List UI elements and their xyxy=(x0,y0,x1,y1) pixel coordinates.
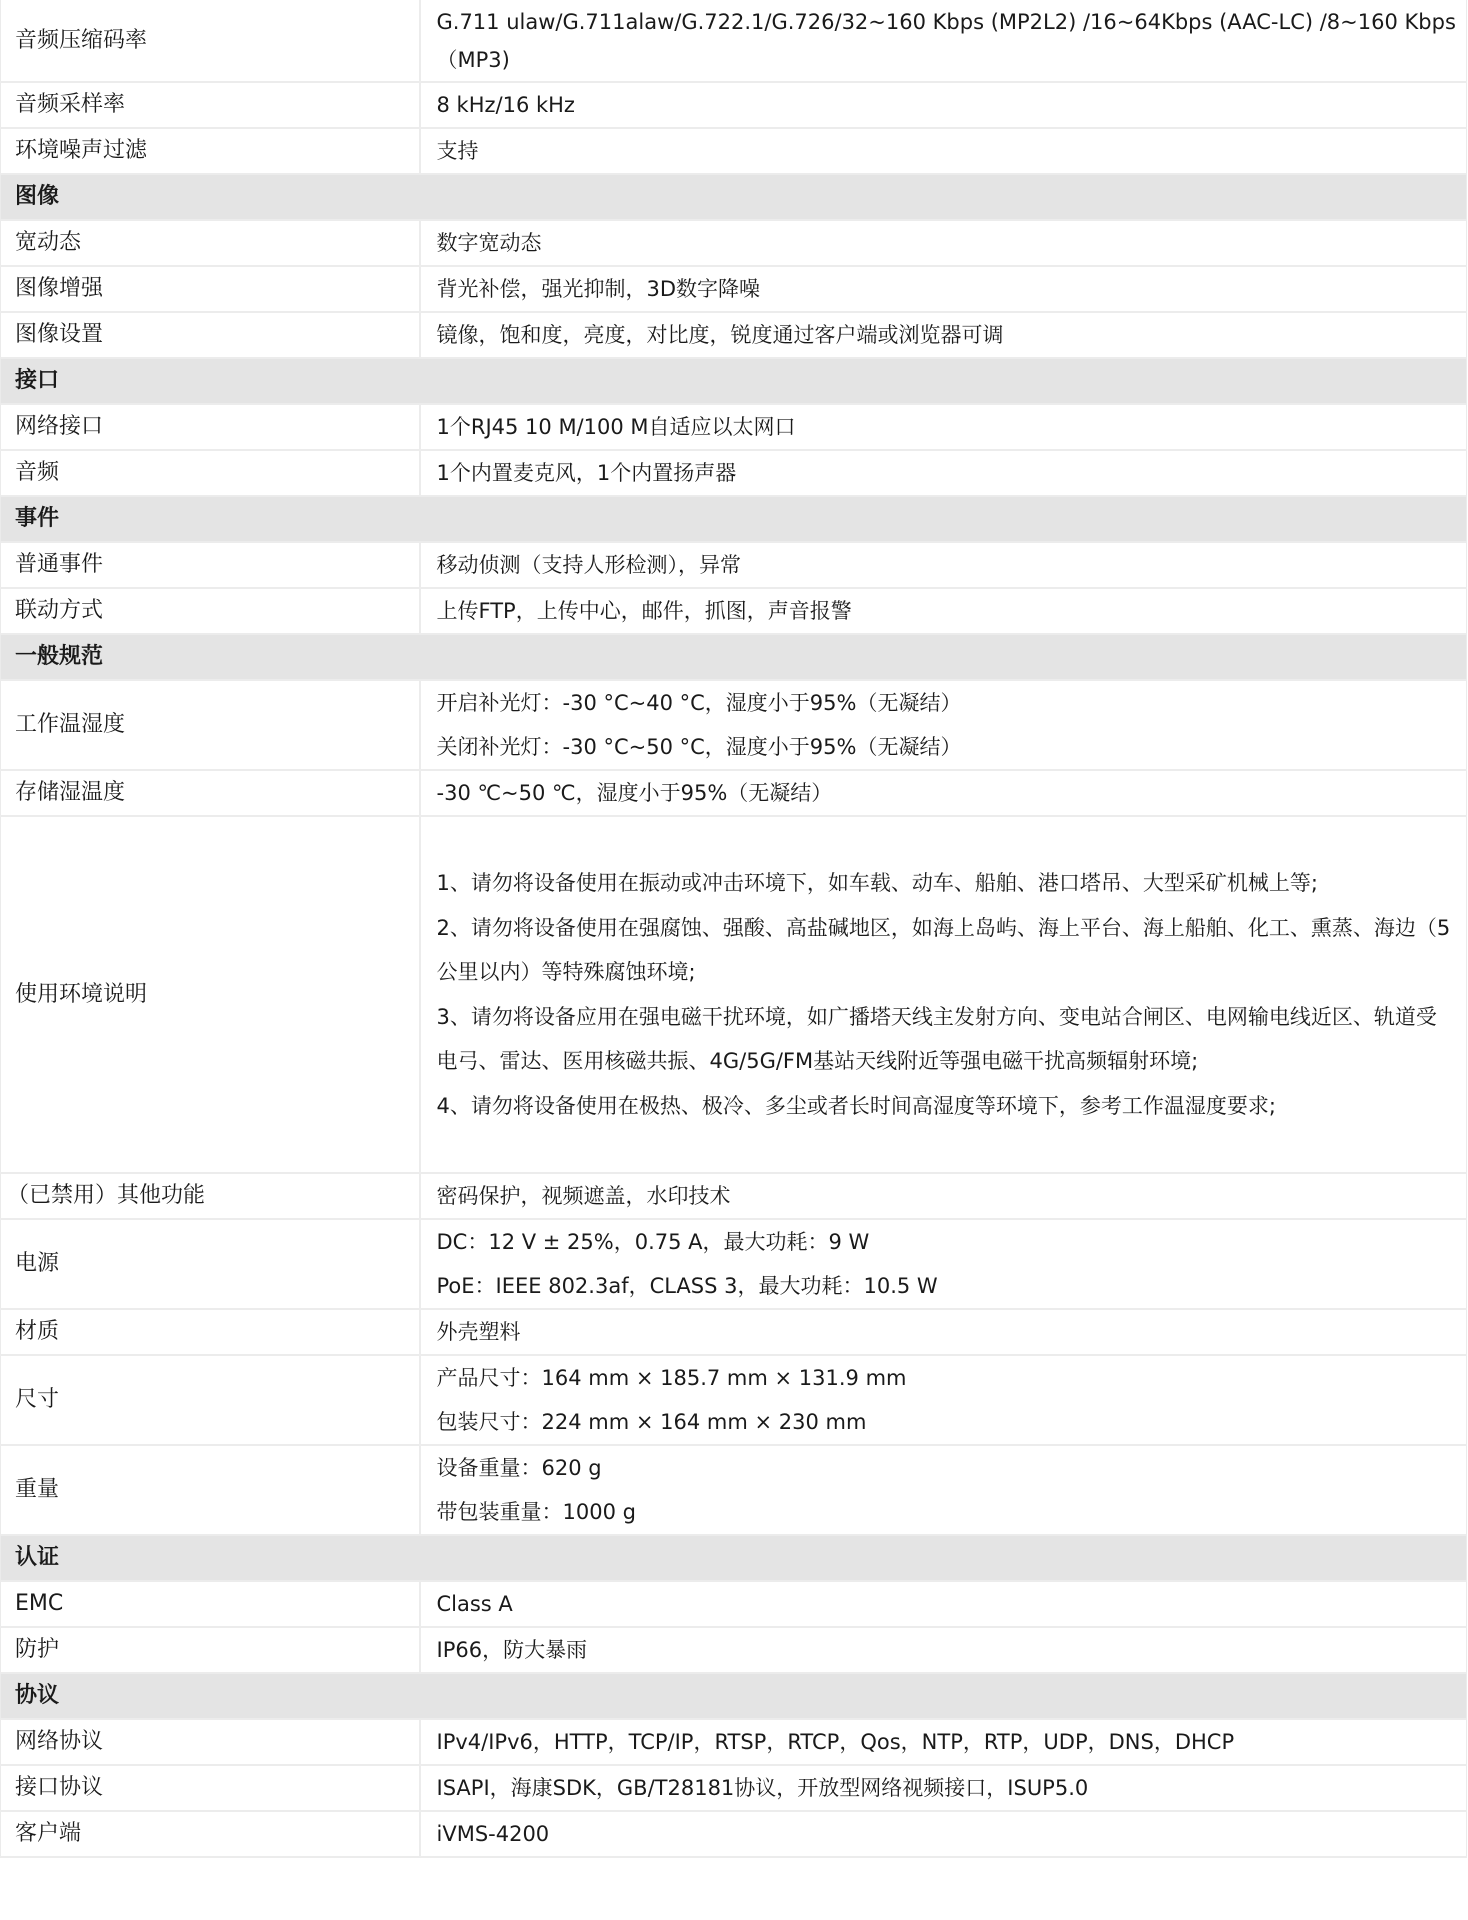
spec-label: 电源 xyxy=(1,1219,420,1309)
spec-label: 材质 xyxy=(1,1309,420,1355)
spec-value: 设备重量：620 g 带包装重量：1000 g xyxy=(420,1445,1467,1535)
usage-note-1: 1、请勿将设备使用在振动或冲击环境下，如车载、动车、船舶、港口塔吊、大型采矿机械… xyxy=(437,861,1457,906)
spec-value: IP66，防大暴雨 xyxy=(420,1627,1467,1673)
table-row: 网络协议 IPv4/IPv6，HTTP，TCP/IP，RTSP，RTCP，Qos… xyxy=(1,1719,1467,1765)
table-row: 接口协议 ISAPI，海康SDK，GB/T28181协议，开放型网络视频接口，I… xyxy=(1,1765,1467,1811)
table-row: 普通事件 移动侦测（支持人形检测），异常 xyxy=(1,542,1467,588)
spec-value-text: G.711 ulaw/G.711alaw/G.722.1/G.726/32~16… xyxy=(437,3,1457,79)
spec-value-line: 设备重量：620 g xyxy=(437,1446,1457,1490)
usage-note-4: 4、请勿将设备使用在极热、极冷、多尘或者长时间高湿度等环境下，参考工作温湿度要求… xyxy=(437,1084,1457,1129)
usage-note-3: 3、请勿将设备应用在强电磁干扰环境，如广播塔天线主发射方向、变电站合闸区、电网输… xyxy=(437,995,1457,1084)
spec-label: 宽动态 xyxy=(1,220,420,266)
table-row: 环境噪声过滤 支持 xyxy=(1,128,1467,174)
table-row: 材质 外壳塑料 xyxy=(1,1309,1467,1355)
section-title: 图像 xyxy=(1,174,1467,220)
spec-value-line: 关闭补光灯：-30 °C~50 °C，湿度小于95%（无凝结） xyxy=(437,725,1457,769)
spec-value-line: PoE：IEEE 802.3af，CLASS 3，最大功耗：10.5 W xyxy=(437,1264,1457,1308)
spec-value: iVMS-4200 xyxy=(420,1811,1467,1857)
spec-table: 音频压缩码率 G.711 ulaw/G.711alaw/G.722.1/G.72… xyxy=(0,0,1467,1858)
section-header-image: 图像 xyxy=(1,174,1467,220)
section-header-general: 一般规范 xyxy=(1,634,1467,680)
table-row: EMC Class A xyxy=(1,1581,1467,1627)
section-header-event: 事件 xyxy=(1,496,1467,542)
spec-value: 镜像，饱和度，亮度，对比度，锐度通过客户端或浏览器可调 xyxy=(420,312,1467,358)
spec-value-line: 开启补光灯：-30 °C~40 °C，湿度小于95%（无凝结） xyxy=(437,681,1457,725)
spec-value: Class A xyxy=(420,1581,1467,1627)
spec-label: 音频压缩码率 xyxy=(1,0,420,82)
section-title: 一般规范 xyxy=(1,634,1467,680)
spec-value: 1个RJ45 10 M/100 M自适应以太网口 xyxy=(420,404,1467,450)
spec-label: EMC xyxy=(1,1581,420,1627)
spec-label: 联动方式 xyxy=(1,588,420,634)
spec-value: 数字宽动态 xyxy=(420,220,1467,266)
spec-label: 网络协议 xyxy=(1,1719,420,1765)
table-row: 音频压缩码率 G.711 ulaw/G.711alaw/G.722.1/G.72… xyxy=(1,0,1467,82)
table-row: 存储湿温度 -30 ℃~50 ℃，湿度小于95%（无凝结） xyxy=(1,770,1467,816)
spec-label: 存储湿温度 xyxy=(1,770,420,816)
spec-value: -30 ℃~50 ℃，湿度小于95%（无凝结） xyxy=(420,770,1467,816)
spec-label: 接口协议 xyxy=(1,1765,420,1811)
spec-value: 支持 xyxy=(420,128,1467,174)
spec-label: 普通事件 xyxy=(1,542,420,588)
spec-value: DC：12 V ± 25%，0.75 A，最大功耗：9 W PoE：IEEE 8… xyxy=(420,1219,1467,1309)
table-row: （已禁用）其他功能 密码保护，视频遮盖，水印技术 xyxy=(1,1173,1467,1219)
spec-value: ISAPI，海康SDK，GB/T28181协议，开放型网络视频接口，ISUP5.… xyxy=(420,1765,1467,1811)
spec-value: G.711 ulaw/G.711alaw/G.722.1/G.726/32~16… xyxy=(420,0,1467,82)
spec-label: 网络接口 xyxy=(1,404,420,450)
section-header-protocol: 协议 xyxy=(1,1673,1467,1719)
spec-label: 客户端 xyxy=(1,1811,420,1857)
section-title: 事件 xyxy=(1,496,1467,542)
spec-label: （已禁用）其他功能 xyxy=(1,1173,420,1219)
spec-value: 8 kHz/16 kHz xyxy=(420,82,1467,128)
spec-value: 1个内置麦克风，1个内置扬声器 xyxy=(420,450,1467,496)
table-row: 音频 1个内置麦克风，1个内置扬声器 xyxy=(1,450,1467,496)
spec-value: 开启补光灯：-30 °C~40 °C，湿度小于95%（无凝结） 关闭补光灯：-3… xyxy=(420,680,1467,770)
spec-label: 工作温湿度 xyxy=(1,680,420,770)
section-header-certification: 认证 xyxy=(1,1535,1467,1581)
spec-label: 防护 xyxy=(1,1627,420,1673)
spec-label: 尺寸 xyxy=(1,1355,420,1445)
spec-value: 密码保护，视频遮盖，水印技术 xyxy=(420,1173,1467,1219)
spec-value-line: 包装尺寸：224 mm × 164 mm × 230 mm xyxy=(437,1400,1457,1444)
spec-label: 使用环境说明 xyxy=(1,816,420,1173)
spec-label: 音频采样率 xyxy=(1,82,420,128)
spec-value: 1、请勿将设备使用在振动或冲击环境下，如车载、动车、船舶、港口塔吊、大型采矿机械… xyxy=(420,816,1467,1173)
spec-value-line: 带包装重量：1000 g xyxy=(437,1490,1457,1534)
section-header-interface: 接口 xyxy=(1,358,1467,404)
table-row: 音频采样率 8 kHz/16 kHz xyxy=(1,82,1467,128)
spec-value-line: 产品尺寸：164 mm × 185.7 mm × 131.9 mm xyxy=(437,1356,1457,1400)
table-row: 网络接口 1个RJ45 10 M/100 M自适应以太网口 xyxy=(1,404,1467,450)
spec-value: 外壳塑料 xyxy=(420,1309,1467,1355)
spec-value-line: DC：12 V ± 25%，0.75 A，最大功耗：9 W xyxy=(437,1220,1457,1264)
table-row: 尺寸 产品尺寸：164 mm × 185.7 mm × 131.9 mm 包装尺… xyxy=(1,1355,1467,1445)
spec-value: IPv4/IPv6，HTTP，TCP/IP，RTSP，RTCP，Qos，NTP，… xyxy=(420,1719,1467,1765)
spec-value: 背光补偿，强光抑制，3D数字降噪 xyxy=(420,266,1467,312)
table-row: 防护 IP66，防大暴雨 xyxy=(1,1627,1467,1673)
table-row: 联动方式 上传FTP，上传中心，邮件，抓图，声音报警 xyxy=(1,588,1467,634)
table-row: 图像设置 镜像，饱和度，亮度，对比度，锐度通过客户端或浏览器可调 xyxy=(1,312,1467,358)
spec-label: 环境噪声过滤 xyxy=(1,128,420,174)
table-row: 图像增强 背光补偿，强光抑制，3D数字降噪 xyxy=(1,266,1467,312)
table-row: 使用环境说明 1、请勿将设备使用在振动或冲击环境下，如车载、动车、船舶、港口塔吊… xyxy=(1,816,1467,1173)
section-title: 协议 xyxy=(1,1673,1467,1719)
spec-label: 音频 xyxy=(1,450,420,496)
usage-note-2: 2、请勿将设备使用在强腐蚀、强酸、高盐碱地区，如海上岛屿、海上平台、海上船舶、化… xyxy=(437,906,1457,995)
spec-value: 上传FTP，上传中心，邮件，抓图，声音报警 xyxy=(420,588,1467,634)
table-row: 宽动态 数字宽动态 xyxy=(1,220,1467,266)
spec-label: 图像增强 xyxy=(1,266,420,312)
table-row: 重量 设备重量：620 g 带包装重量：1000 g xyxy=(1,1445,1467,1535)
section-title: 认证 xyxy=(1,1535,1467,1581)
table-row: 客户端 iVMS-4200 xyxy=(1,1811,1467,1857)
spec-label: 图像设置 xyxy=(1,312,420,358)
spec-value: 产品尺寸：164 mm × 185.7 mm × 131.9 mm 包装尺寸：2… xyxy=(420,1355,1467,1445)
spec-value: 移动侦测（支持人形检测），异常 xyxy=(420,542,1467,588)
section-title: 接口 xyxy=(1,358,1467,404)
table-row: 工作温湿度 开启补光灯：-30 °C~40 °C，湿度小于95%（无凝结） 关闭… xyxy=(1,680,1467,770)
table-row: 电源 DC：12 V ± 25%，0.75 A，最大功耗：9 W PoE：IEE… xyxy=(1,1219,1467,1309)
spec-label: 重量 xyxy=(1,1445,420,1535)
